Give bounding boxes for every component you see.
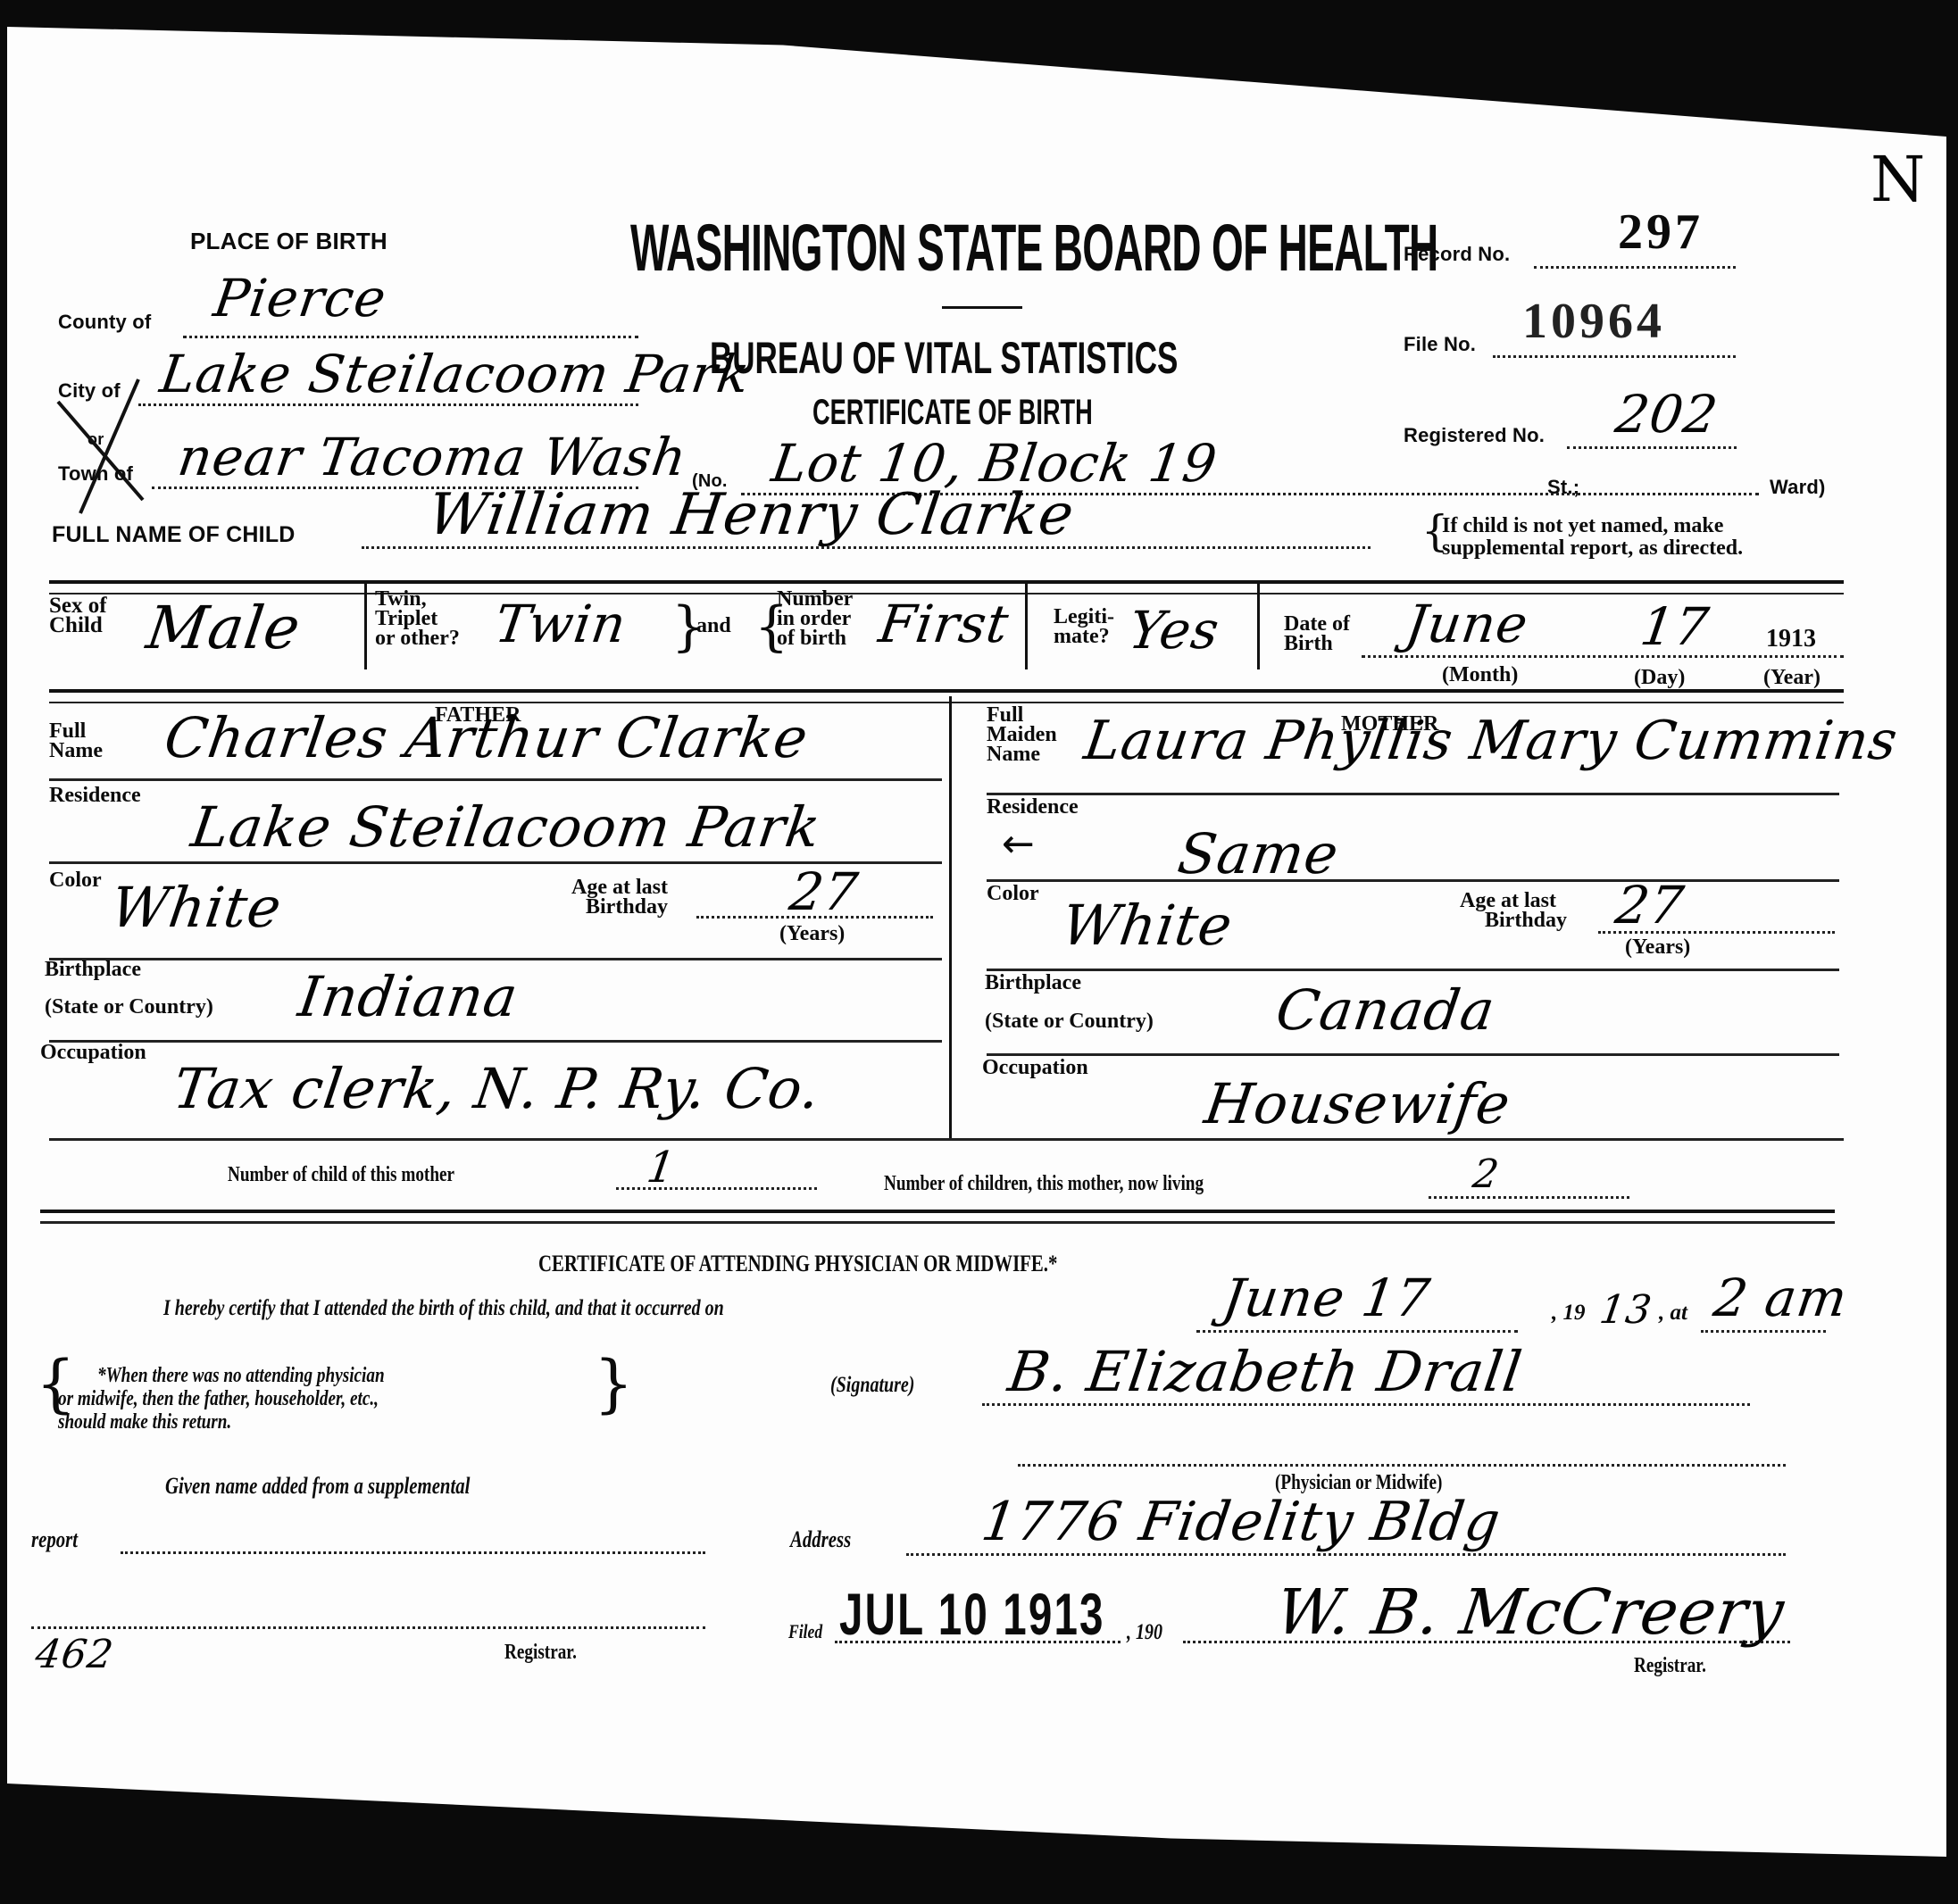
signature-label: (Signature) [830,1373,914,1398]
attending-date-line [1196,1330,1518,1333]
registered-no-label: Registered No. [1404,424,1545,447]
divider [49,689,1844,693]
divider [49,958,942,960]
address-line [906,1553,1786,1556]
father-occupation-label: Occupation [40,1043,146,1062]
divider [49,1040,942,1043]
divider [987,879,1839,882]
mother-residence-value: Same [1174,821,1343,886]
month-caption: (Month) [1442,665,1518,685]
unnamed-note-line2: supplemental report, as directed. [1442,538,1743,558]
father-occupation-value: Tax clerk, N. P. Ry. Co. [170,1056,825,1121]
place-of-birth-label: PLACE OF BIRTH [190,228,387,255]
certify-text: I hereby certify that I attended the bir… [163,1296,724,1321]
mother-color-label: Color [987,884,1039,903]
father-name-value: Charles Arthur Clarke [161,705,812,770]
title-divider [942,306,1022,309]
divider [987,1053,1839,1056]
father-years-caption: (Years) [779,924,845,944]
city-value: Lake Steilacoom Park [156,344,754,404]
father-birthplace-value: Indiana [295,964,522,1029]
child-number-label: Number of child of this mother [228,1165,454,1185]
record-no-line [1534,266,1736,269]
column-divider [1257,580,1260,669]
registrar-signature: W. B. McCreery [1271,1576,1788,1649]
father-residence-label: Residence [49,786,141,805]
sex-label: Sex ofChild [49,596,107,636]
address-label: Address [790,1526,851,1553]
child-name-label: FULL NAME OF CHILD [52,522,296,548]
report-line [121,1551,705,1554]
corner-mark: N [1871,143,1926,216]
twin-value: Twin [491,594,630,654]
year-caption: (Year) [1763,668,1821,687]
unnamed-note-line1: If child is not yet named, make [1442,516,1723,536]
address-value: 1776 Fidelity Bldg [978,1491,1504,1553]
divider [987,793,1839,795]
ward-label: Ward) [1770,476,1826,499]
birth-order-value: First [875,594,1012,654]
birth-order-label: Numberin orderof birth [777,589,853,648]
attending-year-value: 13 [1596,1287,1654,1333]
twin-label: Twin,Tripletor other? [375,589,460,648]
father-name-label: FullName [49,721,103,761]
mother-color-value: White [1058,893,1237,958]
physician-title-line [1018,1464,1786,1467]
no-physician-note: *When there was no attending physician o… [58,1364,385,1434]
mother-occupation-label: Occupation [982,1058,1088,1077]
dob-day: 17 [1637,596,1712,657]
father-birthplace-label-2: (State or Country) [45,997,213,1017]
divider [49,778,942,781]
dob-label: Date ofBirth [1284,614,1350,653]
father-birthplace-label-1: Birthplace [45,960,141,979]
father-color-label: Color [49,870,102,890]
mother-name-value: Laura Phyllis Mary Cummins [1080,710,1902,772]
filed-date-stamp: JUL 10 1913 [839,1580,1105,1648]
dob-year: 1913 [1766,629,1816,649]
note-brace-close: } [594,1357,634,1410]
bureau-heading: BUREAU OF VITAL STATISTICS [710,332,1178,384]
father-color-value: White [107,875,286,940]
filed-label: Filed [788,1620,822,1643]
county-value: Pierce [210,268,390,328]
legitimate-label: Legiti-mate? [1054,607,1114,646]
attending-date-value: June 17 [1219,1268,1434,1328]
given-name-text: Given name added from a supplemental [165,1473,470,1500]
attending-at-label: , at [1659,1301,1687,1326]
mother-age-label: Age at lastBirthday [1460,891,1567,930]
cross-out-mark [49,375,147,518]
physician-caption: (Physician or Midwife) [1275,1473,1442,1492]
sex-value: Male [143,594,305,662]
mother-residence-label: Residence [987,797,1079,817]
mother-occupation-value: Housewife [1201,1071,1515,1136]
child-name-value: William Henry Clarke [424,482,1079,548]
mother-birthplace-label-1: Birthplace [985,973,1081,993]
attending-year-prefix: , 19 [1552,1301,1586,1326]
father-age-label: Age at lastBirthday [561,877,668,917]
town-label: Town of [58,462,133,486]
children-living-label: Number of children, this mother, now liv… [884,1174,1204,1193]
dob-month: June [1402,594,1532,654]
legitimate-value: Yes [1125,600,1223,661]
parents-divider [949,696,952,1138]
divider [49,702,1844,703]
file-no-value: 10964 [1522,293,1665,350]
margin-note: 462 [32,1632,116,1677]
file-no-line [1493,355,1736,358]
mother-years-caption: (Years) [1625,937,1690,957]
street-st-label: St.; [1547,476,1579,499]
physician-signature: B. Elizabeth Drall [1004,1339,1527,1404]
father-residence-value: Lake Steilacoom Park [187,794,825,860]
column-divider [364,580,367,669]
attending-time-line [1701,1330,1826,1333]
mother-birthplace-value: Canada [1272,977,1499,1043]
attending-heading: CERTIFICATE OF ATTENDING PHYSICIAN OR MI… [538,1254,1057,1274]
report-label: report [31,1526,78,1553]
mother-birthplace-label-2: (State or Country) [985,1011,1154,1031]
filed-year-suffix: , 190 [1127,1620,1162,1645]
father-age-value: 27 [786,861,862,922]
registered-no-line [1567,446,1737,449]
registrar-label: Registrar. [1634,1656,1706,1675]
file-no-label: File No. [1404,333,1476,356]
divider [40,1210,1835,1213]
children-living-line [1429,1196,1629,1199]
day-caption: (Day) [1634,668,1685,687]
attending-time-value: 2 am [1710,1268,1851,1328]
same-arrow-icon: ← [1002,821,1035,867]
mother-age-value: 27 [1612,875,1687,935]
supplemental-registrar-line [31,1626,705,1629]
and-label: and [696,616,731,636]
supplemental-registrar-label: Registrar. [504,1642,577,1662]
divider [49,1138,1844,1141]
record-no-label: Record No. [1404,243,1510,266]
column-divider [1025,580,1028,669]
town-value: near Tacoma Wash [174,427,690,487]
divider [987,969,1839,971]
certificate-heading: CERTIFICATE OF BIRTH [812,393,1093,433]
county-label: County of [58,311,151,334]
registered-no-value: 202 [1612,384,1721,445]
mother-name-label: FullMaidenName [987,705,1057,764]
divider [40,1221,1835,1224]
divider [49,580,1844,584]
dob-line [1362,655,1844,658]
page-title: WASHINGTON STATE BOARD OF HEALTH [630,210,1438,286]
record-no-value: 297 [1618,204,1704,261]
county-line [183,336,638,338]
